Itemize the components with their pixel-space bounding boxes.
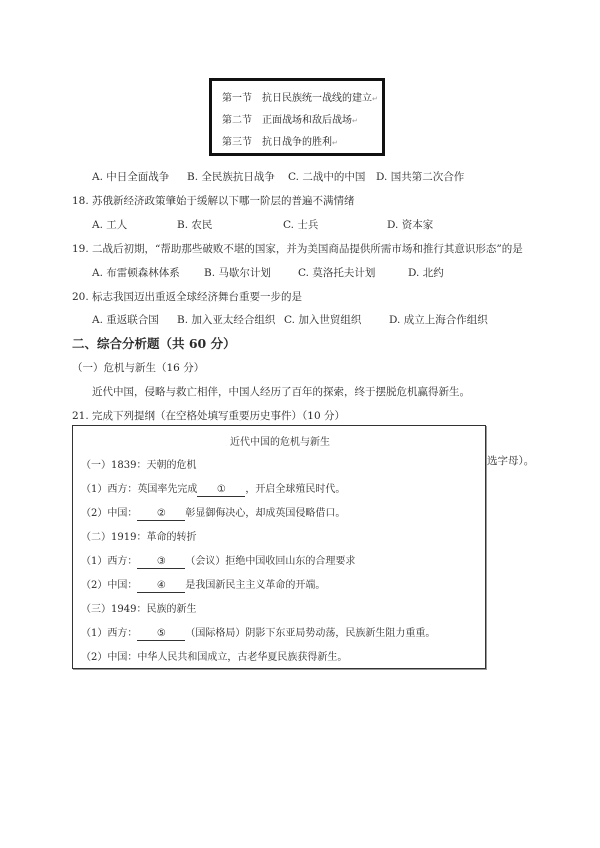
toc-row: 第一节抗日民族统一战线的建立↵ — [222, 89, 378, 104]
option-b: B. 全民族抗日战争 — [187, 170, 275, 184]
period-1-heading: （一）1839：天朝的危机 — [81, 459, 196, 473]
intro-paragraph: 近代中国，侵略与救亡相伴，中国人经历了百年的探索，终于摆脱危机赢得新生。 — [92, 385, 470, 399]
toc-section: 第二节 — [222, 111, 262, 126]
fill-blank-4[interactable]: ④ — [137, 580, 185, 593]
period-1-line-1: （1）西方：英国率先完成①，开启全球殖民时代。 — [81, 483, 345, 497]
toc-row: 第三节抗日战争的胜利↵ — [222, 133, 338, 148]
sub-section-heading: （一）危机与新生（16 分） — [72, 361, 204, 375]
paragraph-mark-icon: ↵ — [332, 139, 338, 147]
period-3-line-1: （1）西方：⑤（国际格局）阴影下东亚局势动荡，民族新生阻力重重。 — [81, 627, 435, 641]
option-a: A. 布雷顿森林体系 — [92, 266, 180, 280]
q21-stem: 21. 完成下列提纲（在空格处填写重要历史事件）（10 分） — [72, 409, 345, 423]
option-c: C. 士兵 — [283, 218, 318, 232]
fill-blank-3[interactable]: ③ — [137, 556, 185, 569]
toc-title: 抗日民族统一战线的建立 — [262, 93, 372, 104]
option-d: D. 资本家 — [387, 218, 433, 232]
line-prefix: （1）西方：英国率先完成 — [81, 484, 197, 495]
toc-section: 第一节 — [222, 89, 262, 104]
option-b: B. 农民 — [177, 218, 212, 232]
line-prefix: （1）西方： — [81, 556, 137, 567]
option-c: C. 二战中的中国 — [288, 170, 365, 184]
line-prefix: （2）中国： — [81, 508, 137, 519]
option-d: D. 成立上海合作组织 — [389, 313, 488, 327]
line-suffix: ，开启全球殖民时代。 — [245, 484, 345, 495]
line-suffix: 是我国新民主主义革命的开端。 — [185, 580, 325, 591]
period-3-heading: （三）1949：民族的新生 — [81, 603, 196, 617]
period-1-line-2: （2）中国：②彰显御侮决心，却成英国侵略借口。 — [81, 507, 345, 521]
toc-title: 抗日战争的胜利 — [262, 137, 332, 148]
overflow-text: 选字母）。 — [487, 454, 534, 468]
option-b: B. 马歇尔计划 — [204, 266, 271, 280]
outline-title: 近代中国的危机与新生 — [230, 436, 330, 450]
paragraph-mark-icon: ↵ — [372, 95, 378, 103]
toc-section: 第三节 — [222, 133, 262, 148]
chapter-outline-box: 第一节抗日民族统一战线的建立↵ 第二节正面战场和敌后战场↵ 第三节抗日战争的胜利… — [209, 78, 385, 156]
option-d: D. 北约 — [408, 266, 444, 280]
line-suffix: 彰显御侮决心，却成英国侵略借口。 — [185, 508, 345, 519]
q18-stem: 18. 苏俄新经济政策肇始于缓解以下哪一阶层的普遍不满情绪 — [72, 194, 355, 208]
line-prefix: （2）中国： — [81, 580, 137, 591]
outline-box: 近代中国的危机与新生 （一）1839：天朝的危机 （1）西方：英国率先完成①，开… — [72, 425, 486, 669]
option-a: A. 重返联合国 — [92, 313, 159, 327]
line-suffix: （会议）拒绝中国收回山东的合理要求 — [185, 556, 355, 567]
period-2-line-1: （1）西方：③（会议）拒绝中国收回山东的合理要求 — [81, 555, 355, 569]
section-heading: 二、综合分析题（共 60 分） — [72, 336, 236, 352]
toc-row: 第二节正面战场和敌后战场↵ — [222, 111, 358, 126]
q20-stem: 20. 标志我国迈出重返全球经济舞台重要一步的是 — [72, 290, 302, 304]
option-a: A. 中日全面战争 — [92, 170, 169, 184]
fill-blank-2[interactable]: ② — [137, 508, 185, 521]
line-prefix: （1）西方： — [81, 628, 137, 639]
option-a: A. 工人 — [92, 218, 127, 232]
toc-title: 正面战场和敌后战场 — [262, 115, 352, 126]
period-2-heading: （二）1919：革命的转折 — [81, 531, 196, 545]
period-2-line-2: （2）中国：④是我国新民主主义革命的开端。 — [81, 579, 325, 593]
option-c: C. 莫洛托夫计划 — [298, 266, 375, 280]
fill-blank-5[interactable]: ⑤ — [137, 628, 185, 641]
paragraph-mark-icon: ↵ — [352, 117, 358, 125]
fill-blank-1[interactable]: ① — [197, 484, 245, 497]
option-c: C. 加入世贸组织 — [284, 313, 361, 327]
q19-stem: 19. 二战后初期，“帮助那些破败不堪的国家，并为美国商品提供所需市场和推行其意… — [72, 242, 523, 256]
line-suffix: （国际格局）阴影下东亚局势动荡，民族新生阻力重重。 — [185, 628, 435, 639]
option-b: B. 加入亚太经合组织 — [177, 313, 275, 327]
option-d: D. 国共第二次合作 — [376, 170, 464, 184]
period-3-line-2: （2）中国：中华人民共和国成立，古老华夏民族获得新生。 — [81, 651, 347, 665]
